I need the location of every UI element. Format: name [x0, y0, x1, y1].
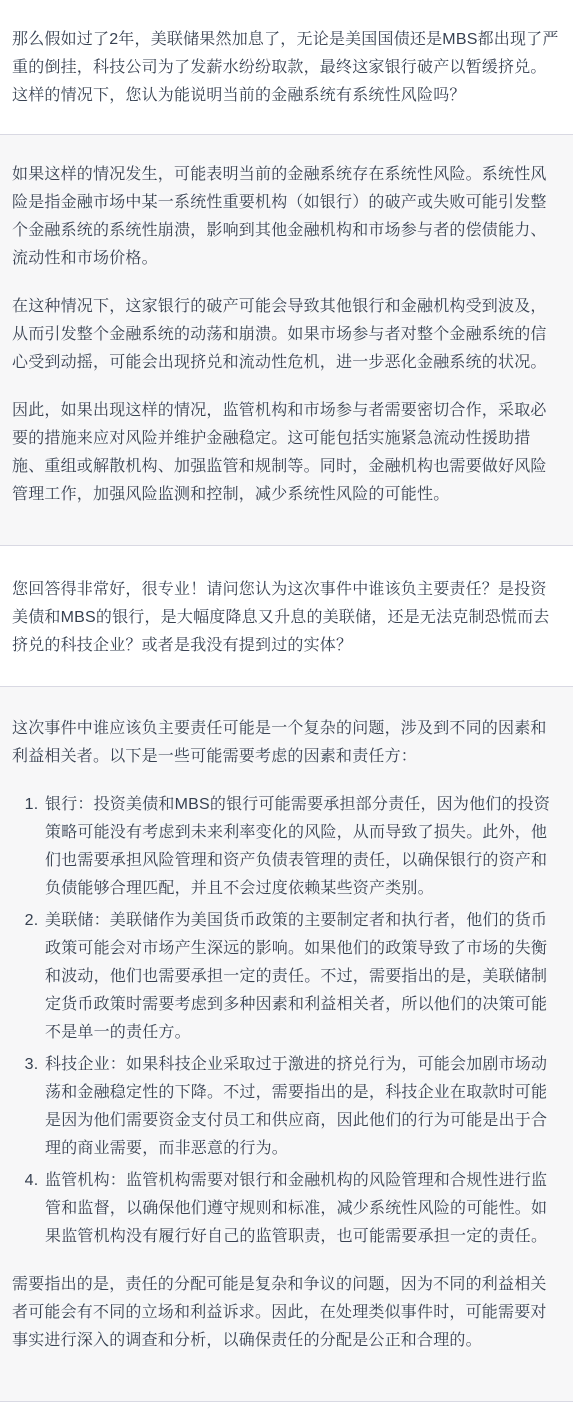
list-item: 银行：投资美债和MBS的银行可能需要承担部分责任，因为他们的投资策略可能没有考虑…	[43, 791, 561, 903]
bottom-spacer	[0, 1402, 573, 1411]
list-item: 科技企业：如果科技企业采取过于激进的挤兑行为，可能会加剧市场动荡和金融稳定性的下…	[43, 1051, 561, 1163]
message-body: 您回答得非常好，很专业！请问您认为这次事件中谁该负主要责任？是投资美债和MBS的…	[12, 576, 561, 660]
message-paragraph: 因此，如果出现这样的情况，监管机构和市场参与者需要密切合作，采取必要的措施来应对…	[12, 397, 561, 509]
list-item: 监管机构：监管机构需要对银行和金融机构的风险管理和合规性进行监管和监督，以确保他…	[43, 1167, 561, 1251]
chat-transcript: 那么假如过了2年，美联储果然加息了，无论是美国国债还是MBS都出现了严重的倒挂，…	[0, 0, 573, 1411]
user-message: 您回答得非常好，很专业！请问您认为这次事件中谁该负主要责任？是投资美债和MBS的…	[0, 546, 573, 686]
assistant-message: 这次事件中谁应该负主要责任可能是一个复杂的问题，涉及到不同的因素和利益相关者。以…	[0, 686, 573, 1402]
user-message: 那么假如过了2年，美联储果然加息了，无论是美国国债还是MBS都出现了严重的倒挂，…	[0, 0, 573, 134]
message-paragraph: 在这种情况下，这家银行的破产可能会导致其他银行和金融机构受到波及，从而引发整个金…	[12, 293, 561, 377]
message-paragraph: 这次事件中谁应该负主要责任可能是一个复杂的问题，涉及到不同的因素和利益相关者。以…	[12, 715, 561, 771]
list-item: 美联储：美联储作为美国货币政策的主要制定者和执行者，他们的货币政策可能会对市场产…	[43, 907, 561, 1047]
message-body: 这次事件中谁应该负主要责任可能是一个复杂的问题，涉及到不同的因素和利益相关者。以…	[12, 715, 561, 1355]
assistant-message: 如果这样的情况发生，可能表明当前的金融系统存在系统性风险。系统性风险是指金融市场…	[0, 134, 573, 546]
message-body: 那么假如过了2年，美联储果然加息了，无论是美国国债还是MBS都出现了严重的倒挂，…	[12, 26, 561, 110]
message-paragraph: 如果这样的情况发生，可能表明当前的金融系统存在系统性风险。系统性风险是指金融市场…	[12, 161, 561, 273]
message-paragraph: 那么假如过了2年，美联储果然加息了，无论是美国国债还是MBS都出现了严重的倒挂，…	[12, 26, 561, 110]
message-paragraph: 您回答得非常好，很专业！请问您认为这次事件中谁该负主要责任？是投资美债和MBS的…	[12, 576, 561, 660]
responsibility-list: 银行：投资美债和MBS的银行可能需要承担部分责任，因为他们的投资策略可能没有考虑…	[12, 791, 561, 1251]
message-body: 如果这样的情况发生，可能表明当前的金融系统存在系统性风险。系统性风险是指金融市场…	[12, 161, 561, 509]
message-paragraph: 需要指出的是，责任的分配可能是复杂和争议的问题，因为不同的利益相关者可能会有不同…	[12, 1271, 561, 1355]
